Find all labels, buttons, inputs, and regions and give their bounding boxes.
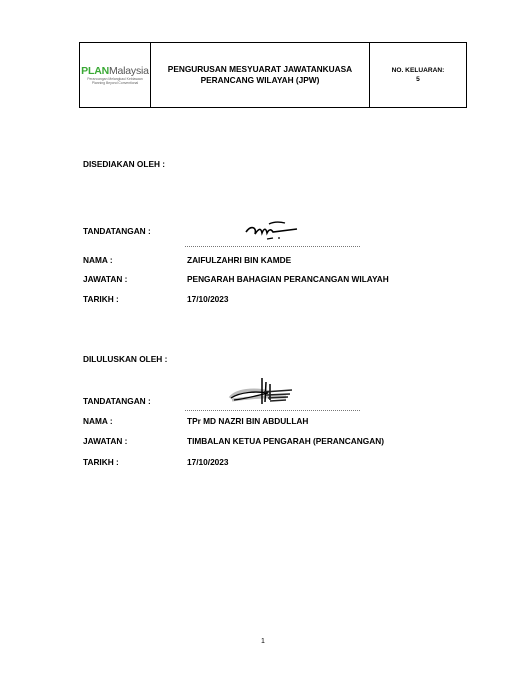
approved-date-label: TARIKH : xyxy=(83,457,119,467)
prepared-name-label: NAMA : xyxy=(83,255,113,265)
issue-number: 5 xyxy=(416,75,420,84)
approved-name-label: NAMA : xyxy=(83,416,113,426)
approved-signature-label: TANDATANGAN : xyxy=(83,396,151,406)
issue-cell: NO. KELUARAN: 5 xyxy=(370,43,466,107)
prepared-section-title: DISEDIAKAN OLEH : xyxy=(83,159,165,169)
approved-date: 17/10/2023 xyxy=(187,457,229,467)
issue-label: NO. KELUARAN: xyxy=(392,66,445,75)
approved-section-title: DILULUSKAN OLEH : xyxy=(83,354,167,364)
title-cell: PENGURUSAN MESYUARAT JAWATANKUASA PERANC… xyxy=(151,43,370,107)
signature-line xyxy=(185,246,360,247)
prepared-position: PENGARAH BAHAGIAN PERANCANGAN WILAYAH xyxy=(187,274,389,284)
prepared-date-label: TARIKH : xyxy=(83,294,119,304)
planmalaysia-logo: PLANMalaysia xyxy=(81,65,149,77)
prepared-name: ZAIFULZAHRI BIN KAMDE xyxy=(187,255,291,265)
signature-line-2 xyxy=(185,410,360,411)
prepared-position-label: JAWATAN : xyxy=(83,274,127,284)
document-title-line-1: PENGURUSAN MESYUARAT JAWATANKUASA xyxy=(168,64,352,75)
prepared-signature-label: TANDATANGAN : xyxy=(83,226,151,236)
logo-plan: PLAN xyxy=(81,65,109,77)
document-header: PLANMalaysia Perancangan Melangkaui Kebi… xyxy=(79,42,467,108)
prepared-date: 17/10/2023 xyxy=(187,294,229,304)
page-number: 1 xyxy=(261,638,265,645)
logo-cell: PLANMalaysia Perancangan Melangkaui Kebi… xyxy=(80,43,151,107)
approved-position-label: JAWATAN : xyxy=(83,436,127,446)
approved-position: TIMBALAN KETUA PENGARAH (PERANCANGAN) xyxy=(187,436,384,446)
logo-tagline-2: Planning Beyond Conventional xyxy=(92,81,138,85)
signature-1-icon xyxy=(243,219,301,243)
signature-2-icon xyxy=(226,376,298,406)
logo-malaysia: Malaysia xyxy=(109,65,149,77)
document-title-line-2: PERANCANG WILAYAH (JPW) xyxy=(201,75,320,86)
approved-name: TPr MD NAZRI BIN ABDULLAH xyxy=(187,416,308,426)
